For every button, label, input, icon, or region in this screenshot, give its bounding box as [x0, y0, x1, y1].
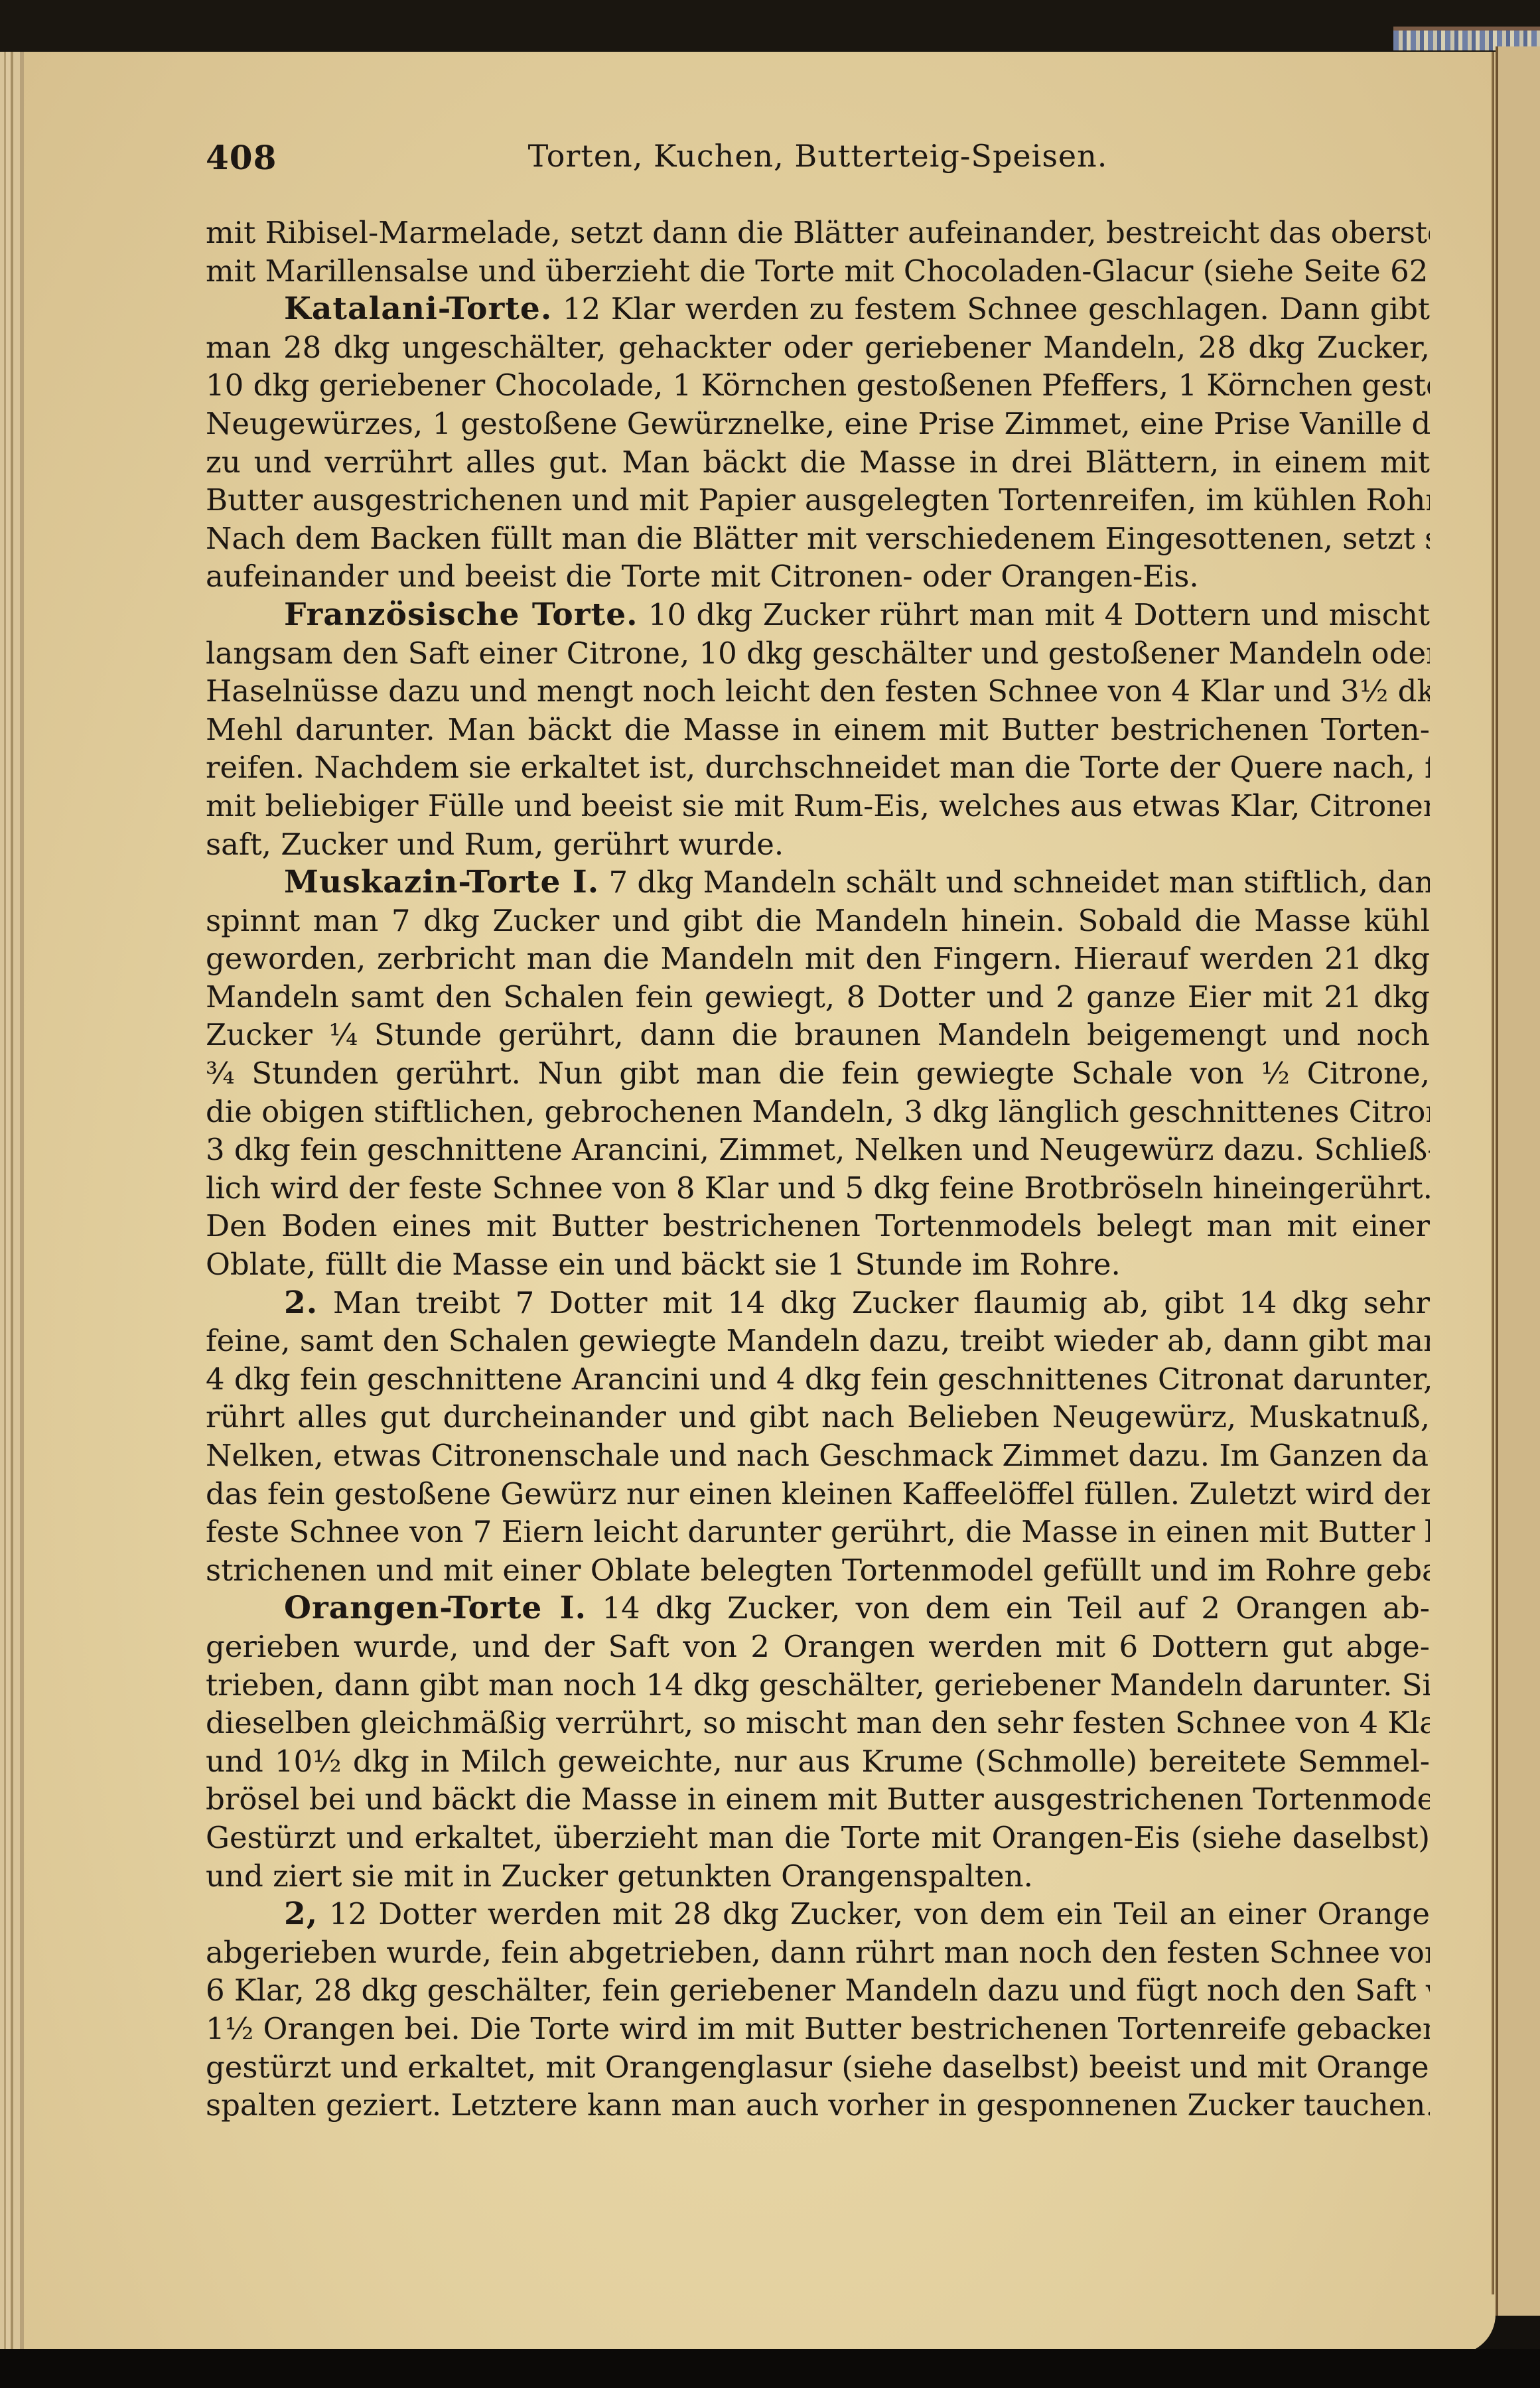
text-line: geworden, zerbricht man die Mandeln mit …: [206, 940, 1430, 978]
text-line: abgerieben wurde, fein abgetrieben, dann…: [206, 1933, 1430, 1972]
text-line: 3 dkg fein geschnittene Arancini, Zimmet…: [206, 1131, 1430, 1169]
text-line: Orangen-Torte I. 14 dkg Zucker, von dem …: [206, 1589, 1430, 1628]
text-line: Oblate, füllt die Masse ein und bäckt si…: [206, 1245, 1430, 1284]
book-cover-top: [0, 0, 1540, 52]
page-text-block: 408 Torten, Kuchen, Butterteig-Speisen. …: [206, 133, 1430, 2125]
text-line: feine, samt den Schalen gewiegte Mandeln…: [206, 1322, 1430, 1360]
text-line: und 10½ dkg in Milch geweichte, nur aus …: [206, 1742, 1430, 1781]
text-line: 6 Klar, 28 dkg geschälter, fein gerieben…: [206, 1971, 1430, 2010]
recipe-orangen-torte-2: 2, 12 Dotter werden mit 28 dkg Zucker, v…: [206, 1895, 1430, 2125]
book-cover-bottom: [0, 2349, 1540, 2388]
text-line: strichenen und mit einer Oblate belegten…: [206, 1551, 1430, 1590]
text-line: mit Ribisel-Marmelade, setzt dann die Bl…: [206, 214, 1430, 252]
next-page-edge: [1496, 46, 1540, 2316]
text-line: dieselben gleichmäßig verrührt, so misch…: [206, 1704, 1430, 1742]
recipe-katalani-torte: Katalani-Torte. 12 Klar werden zu festem…: [206, 290, 1430, 596]
text-line: reifen. Nachdem sie erkaltet ist, durchs…: [206, 748, 1430, 787]
text-line: Mehl darunter. Man bäckt die Masse in ei…: [206, 711, 1430, 749]
text-line: 2, 12 Dotter werden mit 28 dkg Zucker, v…: [206, 1895, 1430, 1933]
text-line: gestürzt und erkaltet, mit Orangenglasur…: [206, 2048, 1430, 2087]
text-line: Muskazin-Torte I. 7 dkg Mandeln schält u…: [206, 863, 1430, 902]
text-line: zu und verrührt alles gut. Man bäckt die…: [206, 443, 1430, 482]
text-line: trieben, dann gibt man noch 14 dkg gesch…: [206, 1666, 1430, 1705]
page-header: 408 Torten, Kuchen, Butterteig-Speisen.: [206, 133, 1430, 186]
recipe-title: Katalani-Torte.: [284, 291, 552, 327]
text-line: Zucker ¼ Stunde gerührt, dann die braune…: [206, 1016, 1430, 1054]
text-line: spalten geziert. Letztere kann man auch …: [206, 2086, 1430, 2125]
text-line: Katalani-Torte. 12 Klar werden zu festem…: [206, 290, 1430, 328]
text-line: saft, Zucker und Rum, gerührt wurde.: [206, 825, 1430, 864]
recipe-title: Orangen-Torte I.: [284, 1590, 587, 1626]
text-line: aufeinander und beeist die Torte mit Cit…: [206, 557, 1430, 596]
recipe-muskazin-torte-2: 2. Man treibt 7 Dotter mit 14 dkg Zucker…: [206, 1284, 1430, 1590]
recipe-title: Muskazin-Torte I.: [284, 864, 599, 900]
running-head: Torten, Kuchen, Butterteig-Speisen.: [206, 138, 1430, 174]
text-line: langsam den Saft einer Citrone, 10 dkg g…: [206, 634, 1430, 673]
text-line: 10 dkg geriebener Chocolade, 1 Körnchen …: [206, 366, 1430, 405]
text-line: Nelken, etwas Citronenschale und nach Ge…: [206, 1437, 1430, 1475]
text-line: Neugewürzes, 1 gestoßene Gewürznelke, ei…: [206, 405, 1430, 443]
text-line: man 28 dkg ungeschälter, gehackter oder …: [206, 328, 1430, 367]
text-line: Nach dem Backen füllt man die Blätter mi…: [206, 520, 1430, 558]
recipe-title: Französische Torte.: [284, 597, 638, 633]
text-line: 2. Man treibt 7 Dotter mit 14 dkg Zucker…: [206, 1284, 1430, 1322]
page-body: mit Ribisel-Marmelade, setzt dann die Bl…: [206, 214, 1430, 2125]
text-line: lich wird der feste Schnee von 8 Klar un…: [206, 1169, 1430, 1208]
text-line: die obigen stiftlichen, gebrochenen Mand…: [206, 1093, 1430, 1131]
text-line: Französische Torte. 10 dkg Zucker rührt …: [206, 596, 1430, 634]
text-line: brösel bei und bäckt die Masse in einem …: [206, 1780, 1430, 1819]
text-line: gerieben wurde, und der Saft von 2 Orang…: [206, 1628, 1430, 1666]
text-line: feste Schnee von 7 Eiern leicht darunter…: [206, 1513, 1430, 1551]
variant-number: 2.: [284, 1285, 318, 1321]
text-line: rührt alles gut durcheinander und gibt n…: [206, 1398, 1430, 1437]
text-line: Butter ausgestrichenen und mit Papier au…: [206, 481, 1430, 520]
recipe-orangen-torte-1: Orangen-Torte I. 14 dkg Zucker, von dem …: [206, 1589, 1430, 1895]
continuation-paragraph: mit Ribisel-Marmelade, setzt dann die Bl…: [206, 214, 1430, 290]
text-line: spinnt man 7 dkg Zucker und gibt die Man…: [206, 902, 1430, 940]
text-line: Gestürzt und erkaltet, überzieht man die…: [206, 1819, 1430, 1857]
recipe-muskazin-torte-1: Muskazin-Torte I. 7 dkg Mandeln schält u…: [206, 863, 1430, 1284]
page-stack-edge: [0, 52, 24, 2354]
variant-number: 2,: [284, 1896, 318, 1932]
page-fold: [1492, 52, 1494, 2294]
text-line: und ziert sie mit in Zucker getunkten Or…: [206, 1857, 1430, 1896]
text-line: Mandeln samt den Schalen fein gewiegt, 8…: [206, 978, 1430, 1017]
text-line: ¾ Stunden gerührt. Nun gibt man die fein…: [206, 1054, 1430, 1093]
text-line: Den Boden eines mit Butter bestrichenen …: [206, 1207, 1430, 1245]
text-line: Haselnüsse dazu und mengt noch leicht de…: [206, 672, 1430, 711]
text-line: 1½ Orangen bei. Die Torte wird im mit Bu…: [206, 2010, 1430, 2048]
text-line: das fein gestoßene Gewürz nur einen klei…: [206, 1475, 1430, 1513]
recipe-franzoesische-torte: Französische Torte. 10 dkg Zucker rührt …: [206, 596, 1430, 863]
text-line: mit beliebiger Fülle und beeist sie mit …: [206, 787, 1430, 825]
text-line: 4 dkg fein geschnittene Arancini und 4 d…: [206, 1360, 1430, 1399]
text-line: mit Marillensalse und überzieht die Tort…: [206, 252, 1430, 291]
